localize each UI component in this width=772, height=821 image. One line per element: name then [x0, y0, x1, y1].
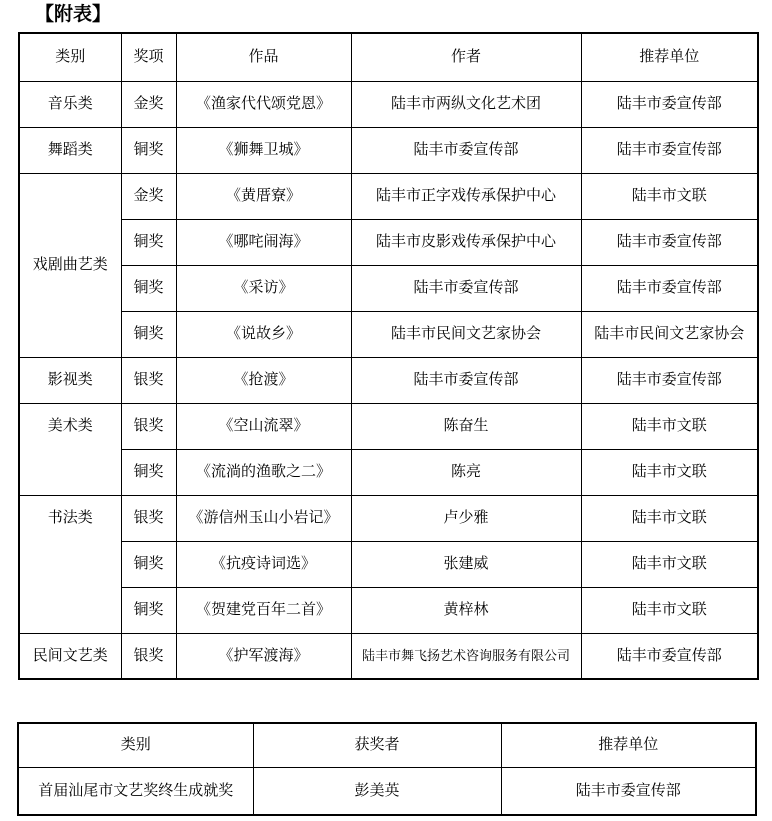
work-cell: 《流淌的渔歌之二》 [176, 449, 351, 495]
category-cell: 美术类 [19, 403, 121, 495]
recommender-cell: 陆丰市委宣传部 [581, 219, 758, 265]
recommender-cell: 陆丰市委宣传部 [581, 127, 758, 173]
author-cell: 陈亮 [351, 449, 581, 495]
recommender-cell: 陆丰市委宣传部 [501, 767, 756, 815]
author-cell: 陆丰市委宣传部 [351, 357, 581, 403]
table-row: 美术类银奖《空山流翠》陈奋生陆丰市文联 [19, 403, 758, 449]
award-cell: 铜奖 [121, 541, 176, 587]
special-table-header-row: 类别 获奖者 推荐单位 [18, 723, 756, 767]
author-cell: 陆丰市民间文艺家协会 [351, 311, 581, 357]
author-cell: 陆丰市皮影戏传承保护中心 [351, 219, 581, 265]
table-row: 音乐类金奖《渔家代代颂党恩》陆丰市两纵文化艺术团陆丰市委宣传部 [19, 81, 758, 127]
author-cell: 陈奋生 [351, 403, 581, 449]
header-winner: 获奖者 [253, 723, 501, 767]
recommender-cell: 陆丰市委宣传部 [581, 265, 758, 311]
work-cell: 《抢渡》 [176, 357, 351, 403]
award-cell: 铜奖 [121, 265, 176, 311]
recommender-cell: 陆丰市文联 [581, 541, 758, 587]
author-cell: 卢少雅 [351, 495, 581, 541]
recommender-cell: 陆丰市文联 [581, 587, 758, 633]
work-cell: 《贺建党百年二首》 [176, 587, 351, 633]
category-cell: 影视类 [19, 357, 121, 403]
award-cell: 铜奖 [121, 449, 176, 495]
work-cell: 《护军渡海》 [176, 633, 351, 679]
table-row: 民间文艺类银奖《护军渡海》陆丰市舞飞扬艺术咨询服务有限公司陆丰市委宣传部 [19, 633, 758, 679]
table-row: 书法类银奖《游信州玉山小岩记》卢少雅陆丰市文联 [19, 495, 758, 541]
award-cell: 银奖 [121, 633, 176, 679]
recommender-cell: 陆丰市文联 [581, 173, 758, 219]
table-row: 铜奖《采访》陆丰市委宣传部陆丰市委宣传部 [19, 265, 758, 311]
category-cell: 书法类 [19, 495, 121, 633]
author-cell: 张建威 [351, 541, 581, 587]
awards-table: 类别 奖项 作品 作者 推荐单位 音乐类金奖《渔家代代颂党恩》陆丰市两纵文化艺术… [18, 32, 759, 680]
work-cell: 《游信州玉山小岩记》 [176, 495, 351, 541]
table-row: 影视类银奖《抢渡》陆丰市委宣传部陆丰市委宣传部 [19, 357, 758, 403]
table-row: 舞蹈类铜奖《狮舞卫城》陆丰市委宣传部陆丰市委宣传部 [19, 127, 758, 173]
table-row: 首届汕尾市文艺奖终生成就奖彭美英陆丰市委宣传部 [18, 767, 756, 815]
table-row: 铜奖《哪咤闹海》陆丰市皮影戏传承保护中心陆丰市委宣传部 [19, 219, 758, 265]
work-cell: 《说故乡》 [176, 311, 351, 357]
table-row: 铜奖《说故乡》陆丰市民间文艺家协会陆丰市民间文艺家协会 [19, 311, 758, 357]
author-cell: 陆丰市舞飞扬艺术咨询服务有限公司 [351, 633, 581, 679]
header-author: 作者 [351, 33, 581, 81]
recommender-cell: 陆丰市文联 [581, 403, 758, 449]
table-row: 戏剧曲艺类金奖《黄厝寮》陆丰市正字戏传承保护中心陆丰市文联 [19, 173, 758, 219]
page-title: 【附表】 [35, 3, 772, 27]
header-award: 奖项 [121, 33, 176, 81]
award-cell: 银奖 [121, 403, 176, 449]
award-cell: 铜奖 [121, 311, 176, 357]
author-cell: 陆丰市委宣传部 [351, 265, 581, 311]
header-category: 类别 [19, 33, 121, 81]
header-work: 作品 [176, 33, 351, 81]
special-award-table: 类别 获奖者 推荐单位 首届汕尾市文艺奖终生成就奖彭美英陆丰市委宣传部 [17, 722, 757, 816]
category-cell: 民间文艺类 [19, 633, 121, 679]
category-cell: 戏剧曲艺类 [19, 173, 121, 357]
table-row: 铜奖《抗疫诗词选》张建威陆丰市文联 [19, 541, 758, 587]
category-cell: 首届汕尾市文艺奖终生成就奖 [18, 767, 253, 815]
recommender-cell: 陆丰市委宣传部 [581, 357, 758, 403]
table-row: 铜奖《流淌的渔歌之二》陈亮陆丰市文联 [19, 449, 758, 495]
work-cell: 《采访》 [176, 265, 351, 311]
header-recommender: 推荐单位 [581, 33, 758, 81]
category-cell: 音乐类 [19, 81, 121, 127]
award-cell: 金奖 [121, 81, 176, 127]
work-cell: 《狮舞卫城》 [176, 127, 351, 173]
work-cell: 《渔家代代颂党恩》 [176, 81, 351, 127]
award-cell: 金奖 [121, 173, 176, 219]
awards-table-header-row: 类别 奖项 作品 作者 推荐单位 [19, 33, 758, 81]
work-cell: 《哪咤闹海》 [176, 219, 351, 265]
recommender-cell: 陆丰市委宣传部 [581, 633, 758, 679]
recommender-cell: 陆丰市文联 [581, 449, 758, 495]
award-cell: 银奖 [121, 357, 176, 403]
special-table-body: 首届汕尾市文艺奖终生成就奖彭美英陆丰市委宣传部 [18, 767, 756, 815]
work-cell: 《抗疫诗词选》 [176, 541, 351, 587]
award-cell: 铜奖 [121, 219, 176, 265]
award-cell: 铜奖 [121, 127, 176, 173]
author-cell: 黄梓林 [351, 587, 581, 633]
author-cell: 陆丰市正字戏传承保护中心 [351, 173, 581, 219]
work-cell: 《黄厝寮》 [176, 173, 351, 219]
work-cell: 《空山流翠》 [176, 403, 351, 449]
award-cell: 银奖 [121, 495, 176, 541]
winner-cell: 彭美英 [253, 767, 501, 815]
table-row: 铜奖《贺建党百年二首》黄梓林陆丰市文联 [19, 587, 758, 633]
author-cell: 陆丰市两纵文化艺术团 [351, 81, 581, 127]
recommender-cell: 陆丰市文联 [581, 495, 758, 541]
header-recommender: 推荐单位 [501, 723, 756, 767]
header-category: 类别 [18, 723, 253, 767]
award-cell: 铜奖 [121, 587, 176, 633]
awards-table-body: 音乐类金奖《渔家代代颂党恩》陆丰市两纵文化艺术团陆丰市委宣传部舞蹈类铜奖《狮舞卫… [19, 81, 758, 679]
recommender-cell: 陆丰市委宣传部 [581, 81, 758, 127]
author-cell: 陆丰市委宣传部 [351, 127, 581, 173]
recommender-cell: 陆丰市民间文艺家协会 [581, 311, 758, 357]
category-cell: 舞蹈类 [19, 127, 121, 173]
